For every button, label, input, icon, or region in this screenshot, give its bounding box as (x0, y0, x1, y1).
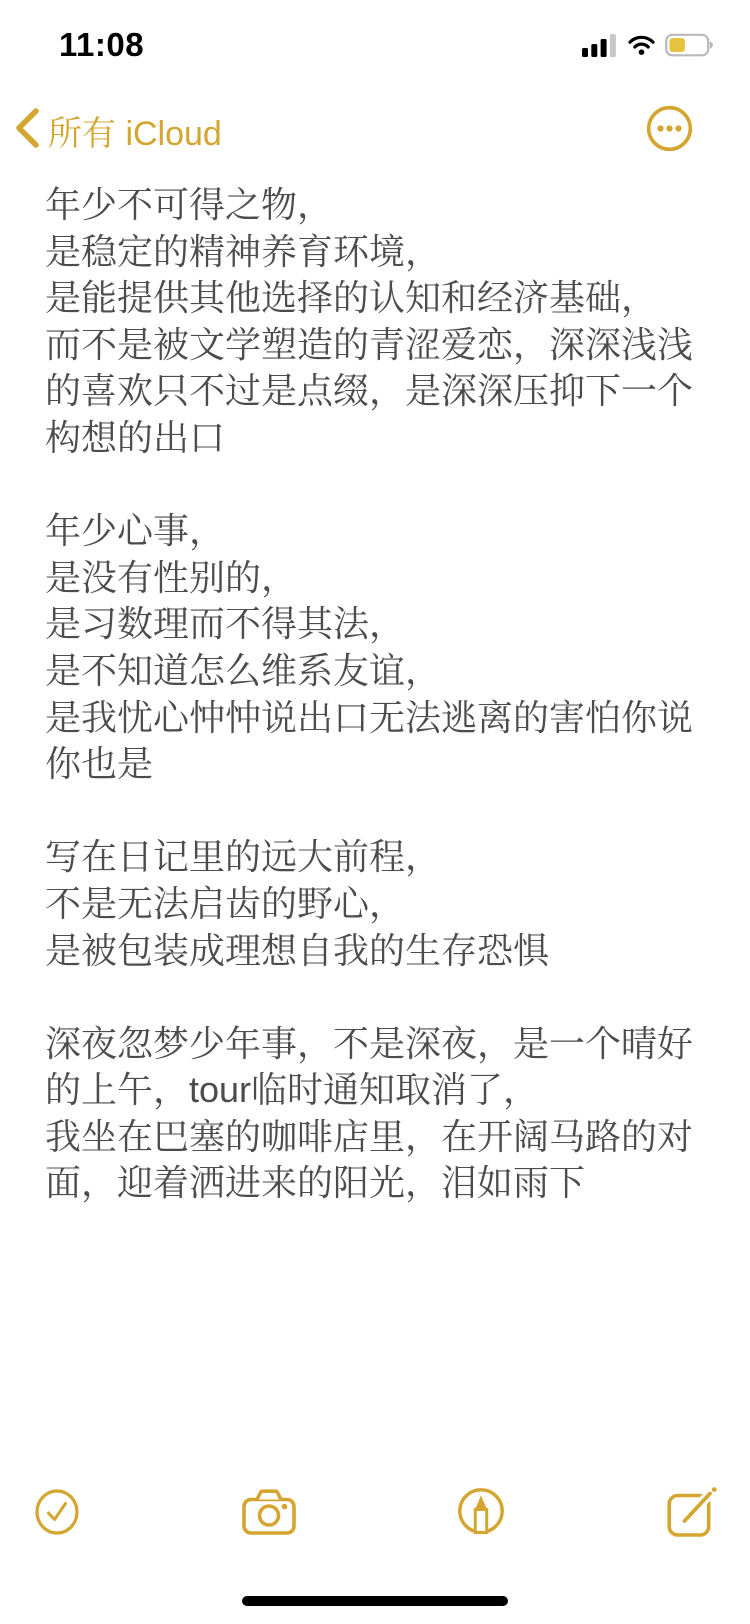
checkmark-circle-icon (35, 1489, 79, 1540)
compose-new-note-icon (667, 1486, 719, 1543)
home-indicator-bar[interactable] (242, 1596, 508, 1606)
notes-app-screen: 11:08 (0, 0, 750, 1624)
note-text-editor[interactable]: 年少不可得之物， 是稳定的精神养育环境， 是能提供其他选择的认知和经济基础， 而… (45, 182, 706, 1454)
back-button[interactable]: 所有 iCloud (14, 95, 222, 165)
status-icons (582, 33, 714, 62)
camera-icon (242, 1489, 296, 1540)
chevron-left-icon (14, 107, 40, 154)
compose-button[interactable] (667, 1486, 719, 1542)
checklist-button[interactable] (31, 1486, 83, 1542)
bottom-toolbar (0, 1484, 750, 1544)
markup-pen-circle-icon (457, 1487, 505, 1542)
markup-button[interactable] (455, 1486, 507, 1542)
status-time: 11:08 (59, 26, 144, 64)
back-button-label: 所有 iCloud (48, 106, 222, 155)
wifi-icon (628, 35, 655, 61)
battery-icon (665, 33, 714, 62)
more-options-button[interactable] (646, 105, 693, 152)
nav-bar: 所有 iCloud (0, 95, 750, 165)
status-bar: 11:08 (0, 0, 750, 90)
cellular-signal-icon (582, 33, 618, 62)
ellipsis-circle-icon (646, 139, 693, 156)
camera-button[interactable] (243, 1486, 295, 1542)
